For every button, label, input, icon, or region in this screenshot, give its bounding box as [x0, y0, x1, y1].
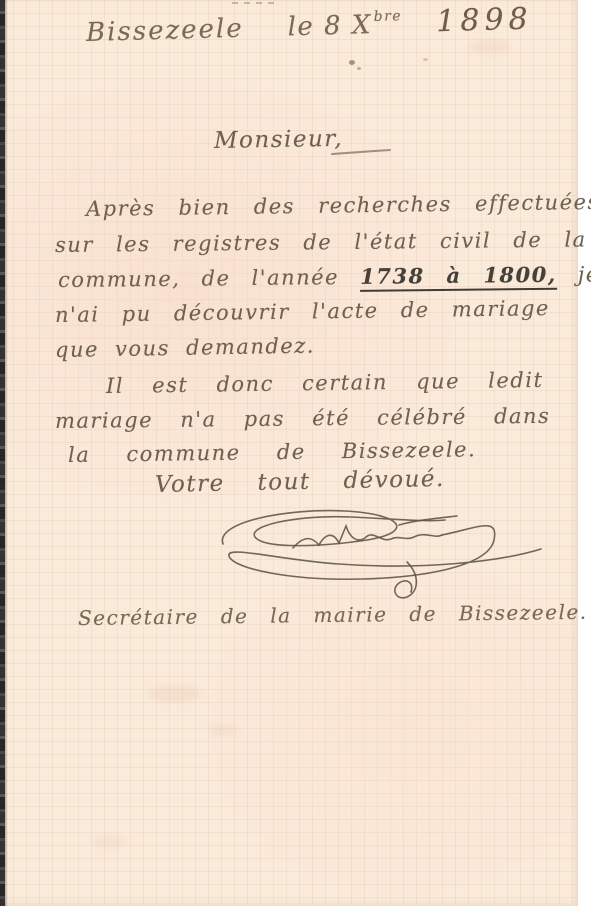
ink-speck — [357, 67, 361, 70]
body-line-3-pre: commune, de l'année — [58, 265, 339, 292]
ink-speck — [423, 58, 428, 61]
dateline-day-month: le 8 X — [287, 10, 372, 42]
underlined-date-range: 1738 à 1800, — [360, 262, 557, 292]
torn-edge-shadow — [5, 0, 8, 906]
ink-speck — [349, 60, 355, 65]
paper-stain — [210, 724, 238, 736]
salutation: Monsieur, — [214, 126, 344, 154]
dateline-month-superscript: bre — [373, 8, 402, 25]
paper-stain — [148, 686, 200, 702]
body-line-5: que vous demandez. — [55, 333, 315, 362]
dateline-year: 1898 — [436, 2, 533, 40]
paper-stain — [92, 836, 126, 847]
signature-flourish — [195, 498, 565, 610]
body-line-3-post: je — [578, 262, 591, 286]
paper-stain — [470, 40, 510, 54]
body-line-3: commune, de l'année 1738 à 1800, je — [58, 261, 591, 292]
top-pencil-marks — [232, 2, 278, 4]
scanned-letter: Bissezeele le 8 X bre 1898 Monsieur, Apr… — [0, 0, 591, 924]
dateline-place: Bissezeele — [86, 14, 244, 48]
